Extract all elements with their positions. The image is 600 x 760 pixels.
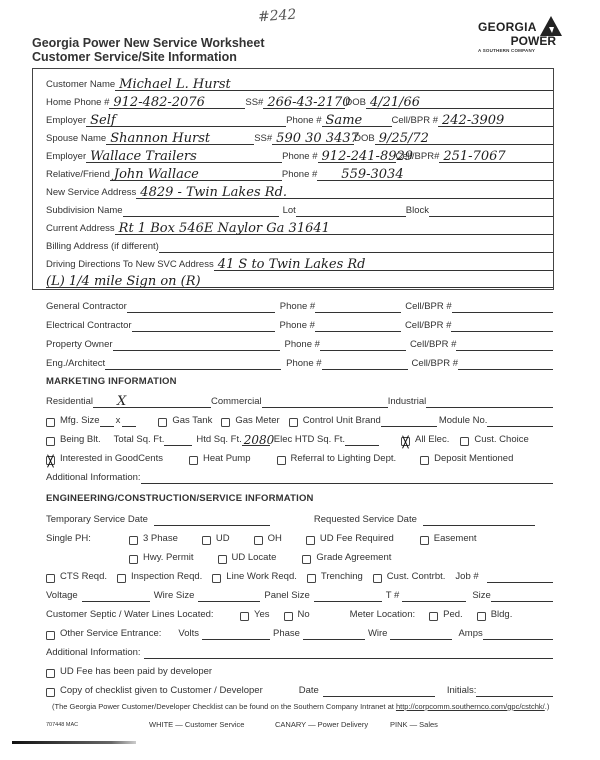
hwy-permit-checkbox[interactable] (129, 555, 138, 564)
module-no-label: Module No. (439, 415, 488, 427)
total-sqft-label: Total Sq. Ft. (114, 434, 165, 446)
gas-tank-checkbox[interactable] (158, 418, 167, 427)
ud-paid-row: UD Fee has been paid by developer (46, 664, 553, 678)
inspection-checkbox[interactable] (117, 574, 126, 583)
mfg-row: Mfg. Size x Gas Tank Gas Meter Control U… (46, 413, 553, 427)
engineering-additional-field[interactable] (144, 647, 553, 659)
spouse-cell-field[interactable]: 251-7067 (439, 151, 553, 163)
dob-value: 4/21/66 (370, 97, 420, 109)
current-address-label: Current Address (46, 223, 115, 235)
ud-fee-checkbox[interactable] (306, 536, 315, 545)
logo-text-southern: A SOUTHERN COMPANY (478, 48, 588, 53)
contact-cell-label: Cell/BPR # (405, 301, 451, 313)
ss-field[interactable]: 266-43-2170 (263, 97, 345, 109)
engineering-heading: ENGINEERING/CONSTRUCTION/SERVICE INFORMA… (46, 493, 314, 504)
other-entrance-row: Other Service Entrance: Volts Phase Wire… (46, 626, 553, 640)
contact-phone-field[interactable] (315, 301, 401, 313)
copy-checklist-row: Copy of checklist given to Customer / De… (46, 683, 553, 697)
checklist-link[interactable]: http://corpcomm.southernco.com/gpc/cstch… (396, 702, 545, 711)
cts-label: CTS Reqd. (60, 571, 107, 583)
contact-name-field[interactable] (127, 301, 275, 313)
relative-row: Relative/Friend John Wallace Phone # 559… (46, 167, 553, 181)
directions-value-2: (L) 1/4 mile Sign on (R) (46, 276, 201, 288)
commercial-field[interactable] (262, 396, 388, 408)
ped-checkbox[interactable] (429, 612, 438, 621)
contact-label: Eng./Architect (46, 358, 105, 370)
relative-value: John Wallace (114, 169, 199, 181)
new-address-value: 4829 - Twin Lakes Rd. (140, 187, 287, 199)
x-label: x (116, 415, 121, 427)
title-line-2: Customer Service/Site Information (32, 50, 265, 64)
spouse-employer-label: Employer (46, 151, 86, 163)
employer-label: Employer (46, 115, 86, 127)
three-phase-label: 3 Phase (143, 533, 178, 545)
mfg-size-w-field[interactable] (100, 416, 114, 427)
industrial-label: Industrial (388, 396, 427, 408)
industrial-field[interactable] (426, 396, 553, 408)
contact-row-architect: Eng./Architect Phone # Cell/BPR # (46, 356, 553, 370)
voltage-field[interactable] (82, 591, 150, 602)
volts-field[interactable] (202, 629, 270, 640)
building-row: Being Blt. Total Sq. Ft. Htd Sq. Ft. 208… (46, 432, 553, 446)
subdivision-label: Subdivision Name (46, 205, 123, 217)
other-entrance-checkbox[interactable] (46, 631, 55, 640)
cell-value: 242-3909 (442, 115, 504, 127)
checklist-date-field[interactable] (323, 686, 435, 697)
initials-field[interactable] (476, 685, 553, 697)
contact-cell-label: Cell/BPR # (412, 358, 458, 370)
t-num-label: T # (386, 590, 400, 602)
ss-value: 266-43-2170 (267, 97, 350, 109)
mfg-size-h-field[interactable] (122, 416, 136, 427)
easement-label: Easement (434, 533, 477, 545)
handwritten-stamp: #242 (257, 7, 296, 26)
trenching-label: Trenching (321, 571, 363, 583)
spouse-employer-row: Employer Wallace Trailers Phone # 912-24… (46, 149, 553, 163)
deposit-checkbox[interactable] (420, 456, 429, 465)
control-unit-checkbox[interactable] (289, 418, 298, 427)
copy-checklist-label: Copy of checklist given to Customer / De… (60, 685, 263, 697)
residential-field[interactable]: X (93, 396, 211, 408)
septic-no-label: No (298, 609, 310, 621)
checklist-date-label: Date (299, 685, 319, 697)
oh-label: OH (268, 533, 282, 545)
module-no-field[interactable] (487, 415, 553, 427)
marketing-additional-label: Additional Information: (46, 472, 141, 484)
wire-field[interactable] (390, 629, 452, 640)
job-label: Job # (455, 571, 478, 583)
ud-fee-label: UD Fee Required (320, 533, 394, 545)
title-line-1: Georgia Power New Service Worksheet (32, 36, 265, 50)
goodcents-label: Interested in GoodCents (60, 453, 163, 465)
copy-pink: PINK — Sales (390, 720, 438, 729)
customer-name-label: Customer Name (46, 79, 115, 91)
mfg-size-checkbox[interactable] (46, 418, 55, 427)
three-phase-checkbox[interactable] (129, 536, 138, 545)
home-phone-label: Home Phone # (46, 97, 109, 109)
cts-checkbox[interactable] (46, 574, 55, 583)
deposit-label: Deposit Mentioned (434, 453, 513, 465)
req-date-field[interactable] (423, 515, 535, 526)
checklist-note: (The Georgia Power Customer/Developer Ch… (52, 702, 549, 711)
htd-sqft-value: 2080 (244, 434, 275, 446)
relative-phone-field[interactable]: 559-3034 (317, 169, 553, 181)
customer-name-row: Customer Name Michael L. Hurst (46, 77, 553, 91)
spouse-ss-label: SS# (254, 133, 272, 145)
inspection-label: Inspection Reqd. (131, 571, 202, 583)
spouse-employer-field[interactable]: Wallace Trailers (86, 151, 282, 163)
directions-field-2[interactable]: (L) 1/4 mile Sign on (R) (46, 276, 553, 288)
customer-name-field[interactable]: Michael L. Hurst (115, 79, 553, 91)
all-elec-label: All Elec. (415, 434, 449, 446)
contact-label: Electrical Contractor (46, 320, 132, 332)
spouse-value: Shannon Hurst (110, 133, 210, 145)
ud-checkbox[interactable] (202, 536, 211, 545)
logo-text-power: POWER (478, 34, 556, 48)
being-built-checkbox[interactable] (46, 437, 55, 446)
customer-name-value: Michael L. Hurst (119, 79, 231, 91)
control-unit-label: Control Unit Brand (303, 415, 381, 427)
ud-locate-label: UD Locate (232, 552, 277, 564)
property-type-row: Residential X Commercial Industrial (46, 394, 553, 408)
billing-address-row: Billing Address (if different) (46, 239, 553, 253)
phase-label: Phase (273, 628, 300, 640)
phase-row: Single PH: 3 Phase UD OH UD Fee Required… (46, 531, 553, 545)
elec-htd-label: Elec HTD Sq. Ft. (274, 434, 345, 446)
contact-phone-label: Phone # (280, 320, 315, 332)
htd-sqft-field[interactable]: 2080 (242, 435, 270, 446)
home-phone-row: Home Phone # 912-482-2076 SS# 266-43-217… (46, 95, 553, 109)
elec-htd-field[interactable] (345, 435, 379, 446)
contact-phone-field[interactable] (320, 339, 406, 351)
bldg-checkbox[interactable] (477, 612, 486, 621)
current-address-row: Current Address Rt 1 Box 546E Naylor Ga … (46, 221, 553, 235)
employer-field[interactable]: Self (86, 115, 286, 127)
current-address-value: Rt 1 Box 546E Naylor Ga 31641 (119, 223, 330, 235)
new-address-label: New Service Address (46, 187, 136, 199)
interest-row: Interested in GoodCents Heat Pump Referr… (46, 451, 553, 465)
contact-phone-field[interactable] (322, 358, 408, 370)
gas-meter-checkbox[interactable] (221, 418, 230, 427)
easement-checkbox[interactable] (420, 536, 429, 545)
spouse-dob-value: 9/25/72 (379, 133, 429, 145)
employer-phone-label: Phone # (286, 115, 321, 127)
spouse-field[interactable]: Shannon Hurst (106, 133, 254, 145)
all-elec-checkbox[interactable] (401, 437, 410, 446)
htd-sqft-label: Htd Sq. Ft. (196, 434, 241, 446)
cell-label: Cell/BPR # (392, 115, 438, 127)
contact-cell-label: Cell/BPR # (405, 320, 451, 332)
amps-field[interactable] (483, 628, 553, 640)
contact-cell-field[interactable] (458, 358, 553, 370)
contact-phone-label: Phone # (286, 358, 321, 370)
wire-size-field[interactable] (198, 591, 260, 602)
form-number: 707448 MAC (46, 722, 78, 728)
septic-yes-checkbox[interactable] (240, 612, 249, 621)
contact-name-field[interactable] (113, 339, 280, 351)
job-field[interactable] (487, 571, 553, 583)
employer-row: Employer Self Phone # Same Cell/BPR # 24… (46, 113, 553, 127)
directions-row-2: (L) 1/4 mile Sign on (R) (46, 274, 553, 288)
total-sqft-field[interactable] (164, 435, 192, 446)
wire-label: Wire (368, 628, 388, 640)
line-work-checkbox[interactable] (212, 574, 221, 583)
contact-name-field[interactable] (105, 358, 281, 370)
phase-field[interactable] (303, 629, 365, 640)
relative-phone-label: Phone # (282, 169, 317, 181)
ud-paid-checkbox[interactable] (46, 669, 55, 678)
scan-edge-bar (12, 741, 136, 744)
checklist-note-end: .) (545, 702, 550, 711)
spouse-ss-field[interactable]: 590 30 3437 (272, 133, 354, 145)
home-phone-value: 912-482-2076 (113, 97, 205, 109)
spouse-dob-field[interactable]: 9/25/72 (375, 133, 553, 145)
engineering-additional-label: Additional Information: (46, 647, 141, 659)
septic-row: Customer Septic / Water Lines Located: Y… (46, 607, 553, 621)
goodcents-checkbox[interactable] (46, 456, 55, 465)
cust-contrbt-label: Cust. Contrbt. (387, 571, 446, 583)
temp-date-field[interactable] (154, 515, 270, 526)
copy-canary: CANARY — Power Delivery (275, 720, 368, 729)
cust-choice-label: Cust. Choice (474, 434, 528, 446)
size-field[interactable] (491, 590, 553, 602)
cell-field[interactable]: 242-3909 (438, 115, 553, 127)
logo-text-georgia: GEORGIA (478, 20, 588, 34)
subdivision-field[interactable] (123, 205, 279, 217)
residential-label: Residential (46, 396, 93, 408)
spouse-ss-value: 590 30 3437 (276, 133, 359, 145)
spouse-employer-value: Wallace Trailers (90, 151, 197, 163)
referral-checkbox[interactable] (277, 456, 286, 465)
block-label: Block (406, 205, 429, 217)
relative-label: Relative/Friend (46, 169, 110, 181)
marketing-additional-row: Additional Information: (46, 470, 553, 484)
dob-field[interactable]: 4/21/66 (366, 97, 553, 109)
new-address-row: New Service Address 4829 - Twin Lakes Rd… (46, 185, 553, 199)
checklist-note-text: (The Georgia Power Customer/Developer Ch… (52, 702, 396, 711)
spouse-row: Spouse Name Shannon Hurst SS# 590 30 343… (46, 131, 553, 145)
form-title: Georgia Power New Service Worksheet Cust… (32, 36, 265, 64)
directions-value-1: 41 S to Twin Lakes Rd (218, 259, 366, 271)
contact-row-general: General Contractor Phone # Cell/BPR # (46, 299, 553, 313)
other-entrance-label: Other Service Entrance: (60, 628, 161, 640)
billing-address-label: Billing Address (if different) (46, 241, 159, 253)
trenching-checkbox[interactable] (307, 574, 316, 583)
grade-agreement-label: Grade Agreement (316, 552, 391, 564)
residential-mark: X (117, 396, 126, 408)
relative-phone-value: 559-3034 (341, 169, 403, 181)
contact-phone-label: Phone # (285, 339, 320, 351)
wire-size-label: Wire Size (154, 590, 195, 602)
georgia-power-logo: GEORGIA POWER A SOUTHERN COMPANY (478, 20, 588, 68)
voltage-label: Voltage (46, 590, 78, 602)
bldg-label: Bldg. (491, 609, 513, 621)
being-built-label: Being Blt. (60, 434, 101, 446)
septic-no-checkbox[interactable] (284, 612, 293, 621)
lot-field[interactable] (296, 205, 406, 217)
contact-cell-field[interactable] (456, 339, 553, 351)
employer-phone-value: Same (326, 115, 363, 127)
hwy-permit-label: Hwy. Permit (143, 552, 194, 564)
marketing-heading: MARKETING INFORMATION (46, 376, 177, 387)
spouse-phone-value: 912-241-8929 (322, 151, 414, 163)
power-triangle-icon (540, 16, 562, 36)
contact-row-owner: Property Owner Phone # Cell/BPR # (46, 337, 553, 351)
lot-label: Lot (283, 205, 296, 217)
septic-label: Customer Septic / Water Lines Located: (46, 609, 240, 621)
contact-cell-label: Cell/BPR # (410, 339, 456, 351)
spouse-cell-value: 251-7067 (443, 151, 505, 163)
relative-field[interactable]: John Wallace (110, 169, 282, 181)
spouse-phone-field[interactable]: 912-241-8929 (318, 151, 396, 163)
subdivision-row: Subdivision Name Lot Block (46, 203, 553, 217)
ud-locate-checkbox[interactable] (218, 555, 227, 564)
heat-pump-checkbox[interactable] (189, 456, 198, 465)
copy-white: WHITE — Customer Service (149, 720, 244, 729)
amps-label: Amps (458, 628, 482, 640)
contact-row-electrical: Electrical Contractor Phone # Cell/BPR # (46, 318, 553, 332)
contact-label: Property Owner (46, 339, 113, 351)
commercial-label: Commercial (211, 396, 262, 408)
volts-label: Volts (178, 628, 199, 640)
panel-size-field[interactable] (314, 591, 382, 602)
engineering-additional-row: Additional Information: (46, 645, 553, 659)
directions-field[interactable]: 41 S to Twin Lakes Rd (214, 259, 553, 271)
employer-phone-field[interactable]: Same (322, 115, 392, 127)
cust-choice-checkbox[interactable] (460, 437, 469, 446)
contact-cell-field[interactable] (451, 320, 553, 332)
initials-label: Initials: (447, 685, 477, 697)
marketing-additional-field[interactable] (141, 472, 553, 484)
contact-phone-field[interactable] (315, 320, 401, 332)
req-date-label: Requested Service Date (314, 514, 417, 526)
directions-label: Driving Directions To New SVC Address (46, 259, 214, 271)
gas-meter-label: Gas Meter (235, 415, 279, 427)
referral-label: Referral to Lighting Dept. (291, 453, 397, 465)
electrical-specs-row: Voltage Wire Size Panel Size T # Size (46, 588, 553, 602)
spouse-label: Spouse Name (46, 133, 106, 145)
ud-label: UD (216, 533, 230, 545)
contact-phone-label: Phone # (280, 301, 315, 313)
billing-address-field[interactable] (159, 241, 553, 253)
temp-date-label: Temporary Service Date (46, 514, 148, 526)
employer-value: Self (90, 115, 116, 127)
contact-label: General Contractor (46, 301, 127, 313)
ud-paid-label: UD Fee has been paid by developer (60, 666, 212, 678)
directions-row: Driving Directions To New SVC Address 41… (46, 257, 553, 271)
block-field[interactable] (429, 205, 553, 217)
septic-yes-label: Yes (254, 609, 270, 621)
heat-pump-label: Heat Pump (203, 453, 251, 465)
contact-name-field[interactable] (132, 320, 275, 332)
ped-label: Ped. (443, 609, 463, 621)
home-phone-field[interactable]: 912-482-2076 (109, 97, 245, 109)
grade-agreement-checkbox[interactable] (302, 555, 311, 564)
requirements-row: CTS Reqd. Inspection Reqd. Line Work Req… (46, 569, 553, 583)
single-ph-label: Single PH: (46, 533, 129, 545)
t-num-field[interactable] (402, 591, 466, 602)
mfg-size-label: Mfg. Size (60, 415, 100, 427)
spouse-phone-label: Phone # (282, 151, 317, 163)
current-address-field[interactable]: Rt 1 Box 546E Naylor Ga 31641 (115, 223, 553, 235)
oh-checkbox[interactable] (254, 536, 263, 545)
control-unit-field[interactable] (381, 416, 437, 427)
cust-contrbt-checkbox[interactable] (373, 574, 382, 583)
ss-label: SS# (245, 97, 263, 109)
new-address-field[interactable]: 4829 - Twin Lakes Rd. (136, 187, 553, 199)
copy-checklist-checkbox[interactable] (46, 688, 55, 697)
dates-row: Temporary Service Date Requested Service… (46, 512, 553, 526)
meter-location-label: Meter Location: (350, 609, 415, 621)
size-label: Size (472, 590, 490, 602)
contact-cell-field[interactable] (452, 301, 553, 313)
permit-row: Hwy. Permit UD Locate Grade Agreement (46, 550, 553, 564)
line-work-label: Line Work Reqd. (226, 571, 297, 583)
panel-size-label: Panel Size (264, 590, 309, 602)
gas-tank-label: Gas Tank (172, 415, 212, 427)
